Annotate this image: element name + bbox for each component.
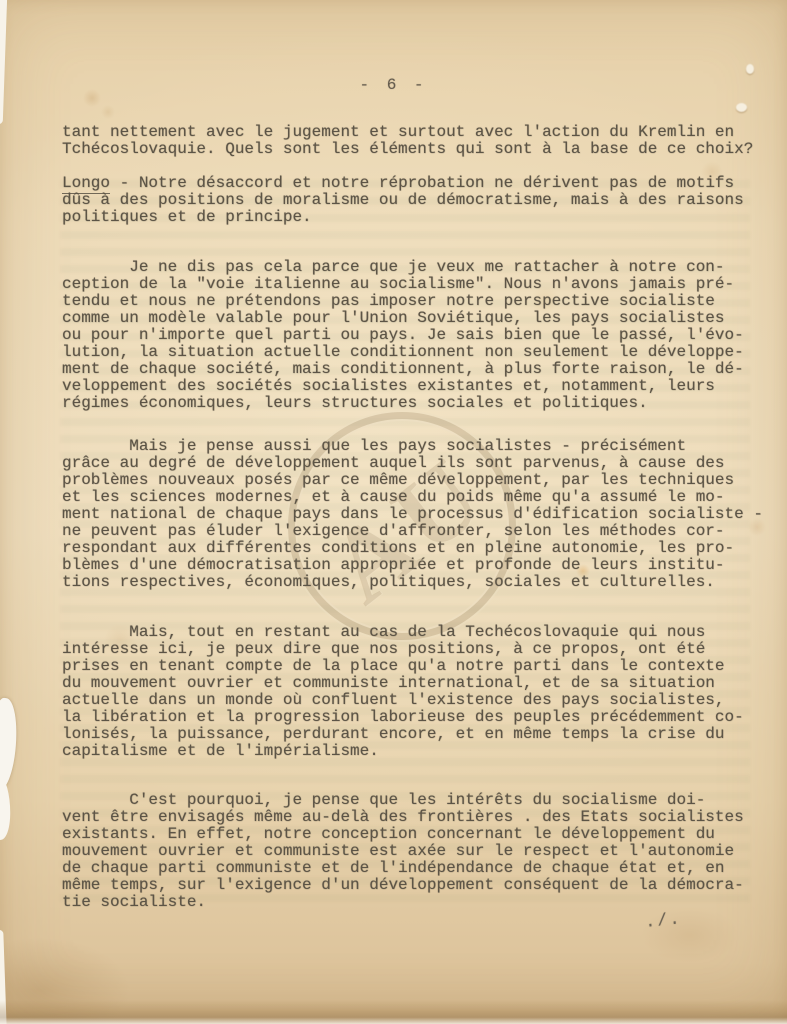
text-line: C'est pourquoi, je pense que les intérêt… (62, 792, 774, 809)
paper-speck (746, 64, 754, 74)
text-line: Longo - Notre désaccord et notre réproba… (62, 175, 774, 192)
text-line: et les sciences modernes, et à cause du … (62, 489, 774, 506)
paragraph: Mais je pense aussi que les pays sociali… (62, 438, 774, 591)
text-line: veloppement des sociétés socialistes exi… (62, 378, 774, 395)
text-line: actuelle dans un monde où confluent l'ex… (62, 692, 774, 709)
text-line: la libération et la progression laborieu… (62, 709, 774, 726)
continuation-mark: ./. (644, 910, 682, 933)
paragraph: C'est pourquoi, je pense que les intérêt… (62, 792, 774, 911)
text-line: blèmes d'une démocratisation appropriée … (62, 557, 774, 574)
text-line: respondant aux différentes conditions et… (62, 540, 774, 557)
document-page: AU - 6 - tant nettement avec le jugement… (0, 0, 787, 1024)
text-line: ou pour n'importe quel parti ou pays. Je… (62, 327, 774, 344)
text-line: ception de la "voie italienne au sociali… (62, 276, 774, 293)
paragraph: tant nettement avec le jugement et surto… (62, 124, 774, 158)
text-line: prises en tenant compte de la place qu'a… (62, 658, 774, 675)
scan-edge-top-left (0, 0, 7, 124)
text-line: tendu et nous ne prétendons pas imposer … (62, 293, 774, 310)
paper-bottom-edge (0, 1000, 787, 1024)
text-line: tant nettement avec le jugement et surto… (62, 124, 774, 141)
text-line: lonisés, la puissance, perdurant encore,… (62, 726, 774, 743)
text-line: politiques et de principe. (62, 209, 774, 226)
text-line: tie socialiste. (62, 894, 774, 911)
text-line: comme un modèle valable pour l'Union Sov… (62, 310, 774, 327)
paragraph: Mais, tout en restant au cas de la Teché… (62, 624, 774, 760)
text-line: dûs à des positions de moralisme ou de d… (62, 192, 774, 209)
page-number: - 6 - (0, 76, 787, 94)
paragraph: Longo - Notre désaccord et notre réproba… (62, 175, 774, 226)
text-line: capitalisme et de l'impérialisme. (62, 743, 774, 760)
text-line: lution, la situation actuelle conditionn… (62, 344, 774, 361)
text-line: problèmes nouveaux posés par ce même dév… (62, 472, 774, 489)
text-line: grâce au degré de développement auquel i… (62, 455, 774, 472)
text-line: même temps, sur l'exigence d'un développ… (62, 877, 774, 894)
text-line: du mouvement ouvrier et communiste inter… (62, 675, 774, 692)
text-line: ne peuvent pas éluder l'exigence d'affro… (62, 523, 774, 540)
text-line: Mais je pense aussi que les pays sociali… (62, 438, 774, 455)
text-line: Je ne dis pas cela parce que je veux me … (62, 259, 774, 276)
text-line: ment national de chaque pays dans le pro… (62, 506, 774, 523)
text-line: existants. En effet, notre conception co… (62, 826, 774, 843)
text-line: Tchécoslovaquie. Quels sont les éléments… (62, 141, 774, 158)
scanned-document: { "document": { "page_number": "- 6 -", … (0, 0, 787, 1024)
paper-speck (736, 103, 747, 112)
text-line: mouvement ouvrier et communiste est axée… (62, 843, 774, 860)
text-line: Mais, tout en restant au cas de la Teché… (62, 624, 774, 641)
text-line: régimes économiques, leurs structures so… (62, 395, 774, 412)
paragraph: Je ne dis pas cela parce que je veux me … (62, 259, 774, 412)
text-line: de chaque parti communiste et de l'indép… (62, 860, 774, 877)
text-line: tions respectives, économiques, politiqu… (62, 574, 774, 591)
page-body: tant nettement avec le jugement et surto… (62, 124, 774, 911)
text-line: ment de chaque société, mais conditionne… (62, 361, 774, 378)
text-line: intéresse ici, je peux dire que nos posi… (62, 641, 774, 658)
text-line: vent être envisagés même au-delà des fro… (62, 809, 774, 826)
